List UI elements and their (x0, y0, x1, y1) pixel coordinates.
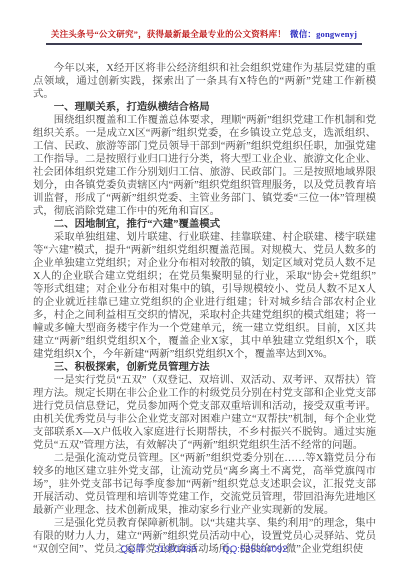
section-3-paragraph-1: 一是实行党员“五双”（双登记、双培训、双活动、双考评、双帮扶）管理方法。规定长期… (33, 374, 376, 452)
promo-wechat-text: 微信：gongwenyj (290, 29, 357, 39)
section-2-heading: 二、因地制宜，推行“六建”覆盖模式 (33, 218, 376, 231)
promo-header: 关注头条号“公文研究”，获得最新最全最专业的公文资料库！微信：gongwenyj (0, 0, 408, 45)
intro-paragraph: 今年以来，X经开区将非公经济组织和社会组织党建作为基层党建的重点领域，通过创新实… (33, 62, 376, 101)
qq-number-text: QQ:535304092 (223, 544, 288, 555)
section-1-heading: 一、理顺关系，打造纵横结合格局 (33, 101, 376, 114)
promo-notice-text: 关注头条号“公文研究”，获得最新最全最专业的公文资料库！ (51, 29, 286, 39)
document-body: 今年以来，X经开区将非公经济组织和社会组织党建作为基层党建的重点领域，通过创新实… (33, 62, 376, 556)
section-3-heading: 三、积极探索，创新党员管理方法 (33, 361, 376, 374)
promo-header-underline: 关注头条号“公文研究”，获得最新最全最专业的公文资料库！微信：gongwenyj (46, 28, 362, 45)
section-3-paragraph-2: 二是强化流动党员管理。区“两新”组织党委分别在……等X籍党员分布较多的地区建立驻… (33, 452, 376, 517)
document-page: 关注头条号“公文研究”，获得最新最全最专业的公文资料库！微信：gongwenyj… (0, 0, 408, 580)
section-1-paragraph: 围绕组织覆盖和工作覆盖总体要求，理顺“两新”组织党建工作机制和党组织关系。一是成… (33, 114, 376, 218)
qq-footer: QQ群：31991489QQ:535304092 (0, 541, 408, 555)
qq-group-text: QQ群：31991489 (120, 544, 196, 555)
section-2-paragraph: 采取单独组建、划片联建、行业联建、挂靠联建、村企联建、楼宇联建等“六建”模式，提… (33, 231, 376, 361)
